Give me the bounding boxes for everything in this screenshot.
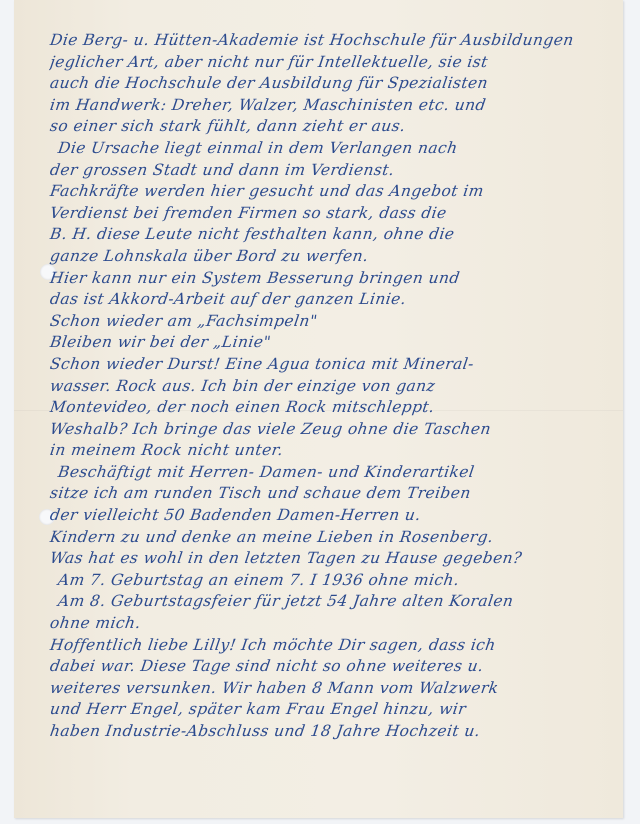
text-line: Am 7. Geburtstag an einem 7. I 1936 ohne… xyxy=(48,570,616,592)
text-line: Bleiben wir bei der „Linie" xyxy=(48,332,616,354)
text-line: Verdienst bei fremden Firmen so stark, d… xyxy=(48,203,616,225)
text-line: Beschäftigt mit Herren- Damen- und Kinde… xyxy=(48,462,616,484)
text-line: Fachkräfte werden hier gesucht und das A… xyxy=(48,181,616,203)
text-line: so einer sich stark fühlt, dann zieht er… xyxy=(48,116,616,138)
text-line: B. H. diese Leute nicht festhalten kann,… xyxy=(48,224,616,246)
text-line: haben Industrie-Abschluss und 18 Jahre H… xyxy=(48,721,616,743)
text-line: Schon wieder Durst! Eine Agua tonica mit… xyxy=(48,354,616,376)
text-line: in meinem Rock nicht unter. xyxy=(48,440,616,462)
handwritten-text: Die Berg- u. Hütten-Akademie ist Hochsch… xyxy=(50,30,615,743)
text-line: das ist Akkord-Arbeit auf der ganzen Lin… xyxy=(48,289,616,311)
text-line: Die Ursache liegt einmal in dem Verlange… xyxy=(48,138,616,160)
text-line: Schon wieder am „Fachsimpeln" xyxy=(48,311,616,333)
text-line: Montevideo, der noch einen Rock mitschle… xyxy=(48,397,616,419)
text-line: dabei war. Diese Tage sind nicht so ohne… xyxy=(48,656,616,678)
text-line: Kindern zu und denke an meine Lieben in … xyxy=(48,527,616,549)
text-line: Am 8. Geburtstagsfeier für jetzt 54 Jahr… xyxy=(48,591,616,613)
text-line: jeglicher Art, aber nicht nur für Intell… xyxy=(48,52,616,74)
text-line: und Herr Engel, später kam Frau Engel hi… xyxy=(48,699,616,721)
text-line: auch die Hochschule der Ausbildung für S… xyxy=(48,73,616,95)
text-line: Hoffentlich liebe Lilly! Ich möchte Dir … xyxy=(48,635,616,657)
text-line: im Handwerk: Dreher, Walzer, Maschiniste… xyxy=(48,95,616,117)
text-line: Was hat es wohl in den letzten Tagen zu … xyxy=(48,548,616,570)
text-line: ganze Lohnskala über Bord zu werfen. xyxy=(48,246,616,268)
text-line: weiteres versunken. Wir haben 8 Mann vom… xyxy=(48,678,616,700)
text-line: Weshalb? Ich bringe das viele Zeug ohne … xyxy=(48,419,616,441)
letter-page: Die Berg- u. Hütten-Akademie ist Hochsch… xyxy=(14,0,623,818)
text-line: sitze ich am runden Tisch und schaue dem… xyxy=(48,483,616,505)
text-line: Die Berg- u. Hütten-Akademie ist Hochsch… xyxy=(48,30,616,52)
text-line: wasser. Rock aus. Ich bin der einzige vo… xyxy=(48,376,616,398)
text-line: Hier kann nur ein System Besserung bring… xyxy=(48,268,616,290)
text-line: der vielleicht 50 Badenden Damen-Herren … xyxy=(48,505,616,527)
text-line: der grossen Stadt und dann im Verdienst. xyxy=(48,160,616,182)
text-line: ohne mich. xyxy=(48,613,616,635)
